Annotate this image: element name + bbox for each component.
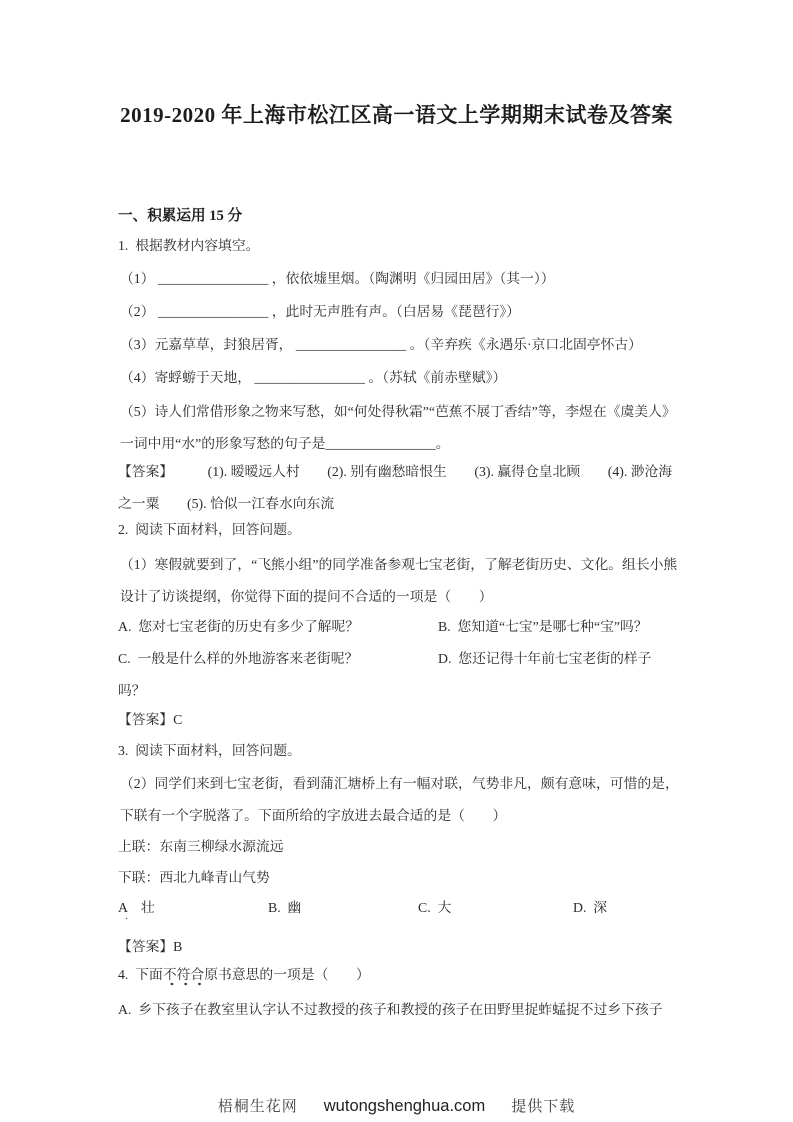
q3-couplet-first-line: 上联：东南三柳绿水源流远 [118,838,284,855]
section-heading: 一、积累运用 15 分 [118,207,242,225]
footer-download-note: 提供下载 [511,1098,575,1117]
q4-option-a: A. 乡下孩子在教室里认字认不过教授的孩子和教授的孩子在田野里捉蚱蜢捉不过乡下孩… [118,1001,663,1018]
doc-title: 2019-2020 年上海市松江区高一语文上学期期末试卷及答案 [0,102,793,128]
page-footer: 梧桐生花网 wutongshenghua.com 提供下载 [0,1096,793,1117]
q3-couplet-second-line: 下联：西北九峰青山气势 [118,869,270,886]
q2-option-b: B. 您知道“七宝”是哪七种“宝”吗？ [438,618,648,635]
q1-item-2: （2） ________________ ，此时无声胜有声。（白居易《琵琶行》） [120,303,520,320]
q3-answer: 【答案】B [118,938,182,955]
q2-option-a: A. 您对七宝老街的历史有多少了解呢？ [118,618,359,635]
q1-item-4: （4）寄蜉蝣于天地， ________________ 。（苏轼《前赤壁赋》） [120,369,506,386]
q2-option-d-continuation: 吗？ [118,682,146,699]
q2-stem: 2. 阅读下面材料，回答问题。 [118,521,301,538]
q1-answer: 【答案】 (1). 暧暧远人村 (2). 别有幽愁暗恨生 (3). 赢得仓皇北顾… [118,456,678,520]
footer-site-url: wutongshenghua.com [324,1096,485,1117]
q4-stem-prefix: 4. 下面 [118,967,163,982]
q2-option-c: C. 一般是什么样的外地游客来老街呢？ [118,650,358,667]
q2-answer: 【答案】C [118,711,182,728]
q4-stem-emphasized: 不符合 [163,967,204,986]
q2-option-d: D. 您还记得十年前七宝老街的样子 [438,650,651,667]
q2-paragraph: （1）寒假就要到了，“飞熊小组”的同学准备参观七宝老街，了解老街历史、文化。组长… [120,549,680,613]
q1-item-3: （3）元嘉草草，封狼居胥， ________________ 。（辛弃疾《永遇乐… [120,336,642,353]
q1-stem: 1. 根据教材内容填空。 [118,237,259,254]
q3-option-a: A 壮 [118,899,155,916]
document-page: 2019-2020 年上海市松江区高一语文上学期期末试卷及答案 一、积累运用 1… [0,0,793,1122]
q1-item-5: （5）诗人们常借形象之物来写愁，如“何处得秋霜”“芭蕉不展丁香结”等，李煜在《虞… [120,396,680,460]
q4-stem-suffix: 原书意思的一项是（ ） [204,967,370,982]
q3-stem: 3. 阅读下面材料，回答问题。 [118,742,301,759]
stray-period: . [125,908,128,923]
footer-site-name: 梧桐生花网 [218,1098,298,1117]
q3-option-d: D. 深 [573,899,607,916]
q1-item-1: （1） ________________ ，依依墟里烟。（陶渊明《归园田居》（其… [120,270,555,287]
q3-paragraph: （2）同学们来到七宝老街，看到蒲汇塘桥上有一幅对联，气势非凡，颇有意味，可惜的是… [120,768,680,832]
q4-stem: 4. 下面不符合原书意思的一项是（ ） [118,966,370,983]
q3-option-b: B. 幽 [268,899,301,916]
q3-option-c: C. 大 [418,899,451,916]
